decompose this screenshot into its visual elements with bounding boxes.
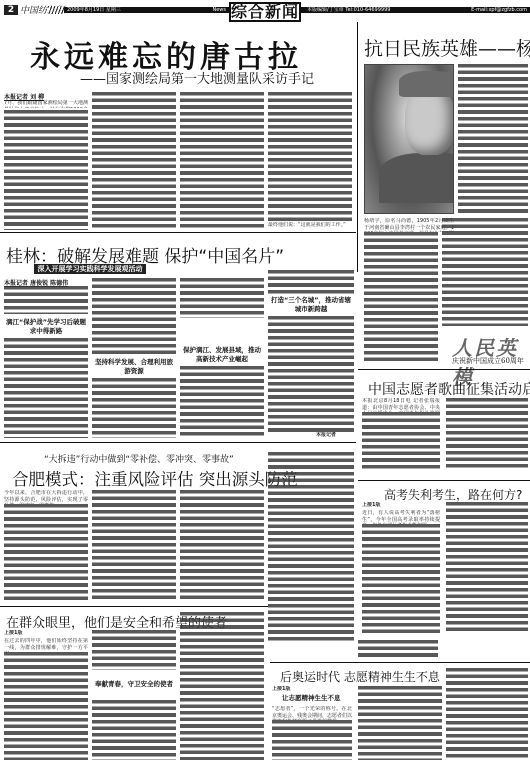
divider — [270, 662, 530, 663]
column-divider — [357, 22, 358, 272]
olympic-subhead: 让志愿精神生生不息 — [272, 694, 352, 703]
email-link[interactable]: E-mail:xpf@zgfzb.com — [471, 7, 527, 13]
guilin-body — [92, 278, 176, 356]
olympic-body — [446, 668, 528, 760]
olympic-body-excerpt: “志愿者”，一个光荣的称号。在北京奥运会、残奥会期间，志愿者们以微笑和热情赢得了… — [272, 706, 352, 720]
editor-line: 本版编辑/丁宝章 Tel:010-64699999 — [307, 7, 390, 13]
masses-body — [92, 700, 176, 760]
page-number: 2 — [4, 5, 18, 15]
editor-bar: 本版编辑/丁宝章 Tel:010-64699999 E-mail:xpf@zgf… — [301, 7, 530, 13]
hefei-body-excerpt: 今年以来，合肥市在大拆违行动中，坚持源头防范、风险评估，实现了零补偿、零冲突、零… — [4, 490, 88, 504]
hero-body-col1 — [458, 64, 528, 214]
divider — [358, 480, 530, 481]
lead-body-col3 — [180, 92, 264, 230]
guilin-body — [4, 286, 88, 314]
guilin-kicker: 深入开展学习实践科学发展观活动 — [34, 264, 146, 274]
guilin-body — [180, 278, 264, 318]
section-title: 综合新闻 — [229, 2, 301, 22]
hefei-body — [180, 490, 264, 600]
olympic-dateline: 上接1版 — [272, 686, 312, 693]
hero-portrait-photo — [364, 64, 454, 214]
exam-headline: 高考失利考生，路在何方? — [384, 486, 522, 503]
volunteer-song-headline: 中国志愿者歌曲征集活动启动 — [368, 379, 530, 399]
guilin-body — [4, 338, 88, 438]
hatch-decoration — [48, 6, 64, 14]
divider — [0, 232, 356, 233]
olympic-body — [272, 720, 352, 760]
masses-body-excerpt: 在过去的四年中，他们始终坚持在第一线，为群众排忧解难，守护一方平安…… — [4, 638, 88, 652]
date-line: 2009年8月19日 星期三 — [67, 7, 121, 13]
volunteer-song-body-excerpt: 本报北京8月18日电 记者张瑞报道：由中国青年志愿者协会、中央人民广播电台、中国… — [362, 398, 440, 412]
exam-body — [362, 524, 440, 634]
divider — [0, 442, 356, 443]
exam-dateline: 上接1版 — [362, 502, 402, 509]
guilin-subhead-3: 保护漓江、发展县域，推动高新技术产业崛起 — [180, 346, 264, 364]
guilin-subhead-4: 坚持科学发展、合理利用旅游资源 — [92, 358, 176, 376]
stamp-subtitle: 庆祝新中国成立60周年 — [452, 356, 524, 366]
lead-body-col1 — [4, 110, 88, 230]
hero-headline: 抗日民族英雄——杨靖宇 — [364, 34, 530, 61]
hefei-headline: 合肥模式：注重风险评估 突出源头防范 — [12, 466, 298, 490]
guilin-body — [268, 270, 354, 294]
hefei-kicker: “大拆违”行动中做到“零补偿、零冲突、零事故” — [44, 452, 234, 465]
hero-body-col2 — [364, 232, 438, 364]
hefei-body — [92, 490, 176, 600]
lead-body-excerpt: 7月，我们跟随国家测绘局第一大地测量队登上唐古拉山。站在海拔5000多米的山口，… — [4, 100, 88, 108]
date-bar: 2009年8月19日 星期三 News — [64, 7, 230, 13]
masses-subhead: 奉献青春，守卫安全的使者 — [92, 680, 176, 689]
hero-body-excerpt: 杨靖宇，原名马尚德，1905年2月出生于河南省确山县李湾村一个农民家庭。1926… — [364, 218, 454, 232]
hero-body-col3 — [442, 218, 528, 326]
exam-body — [446, 502, 528, 634]
guilin-subhead-1: 漓江“保护战”先学习后破题求中得新路 — [4, 318, 88, 336]
olympic-headline: 后奥运时代 志愿精神生生不息 — [280, 668, 440, 685]
lead-body-col2 — [92, 92, 176, 230]
hefei-body — [268, 452, 354, 642]
hefei-body — [4, 504, 88, 600]
masses-body — [92, 630, 176, 670]
lead-body-col4 — [268, 92, 352, 222]
exam-body-tail — [358, 640, 438, 660]
guilin-body — [92, 378, 176, 438]
masses-dateline: 上接1版 — [4, 630, 44, 637]
volunteer-song-body — [362, 412, 440, 470]
divider — [358, 369, 530, 370]
lead-subheadline: ——国家测绘局第一大地测量队采访手记 — [80, 68, 314, 87]
exam-body-excerpt: 近日，有人说高考失利者为“落榜生”，今年全国高考录取率持续提高，但仍有部分考生未… — [362, 510, 440, 524]
guilin-closing: 本报记者 — [316, 432, 356, 439]
guilin-body — [180, 366, 264, 438]
guilin-body — [268, 316, 354, 432]
masses-body — [4, 652, 88, 760]
olympic-body — [358, 686, 442, 760]
news-label: News — [212, 7, 226, 13]
masses-body — [180, 612, 264, 760]
lead-closing: 最终他们说：“这就是我们的工作。” — [268, 222, 352, 230]
volunteer-song-body — [446, 398, 528, 470]
divider — [0, 606, 268, 607]
guilin-subhead-2: 打造“三个名城”，推动省辖城市新跨越 — [268, 296, 354, 314]
